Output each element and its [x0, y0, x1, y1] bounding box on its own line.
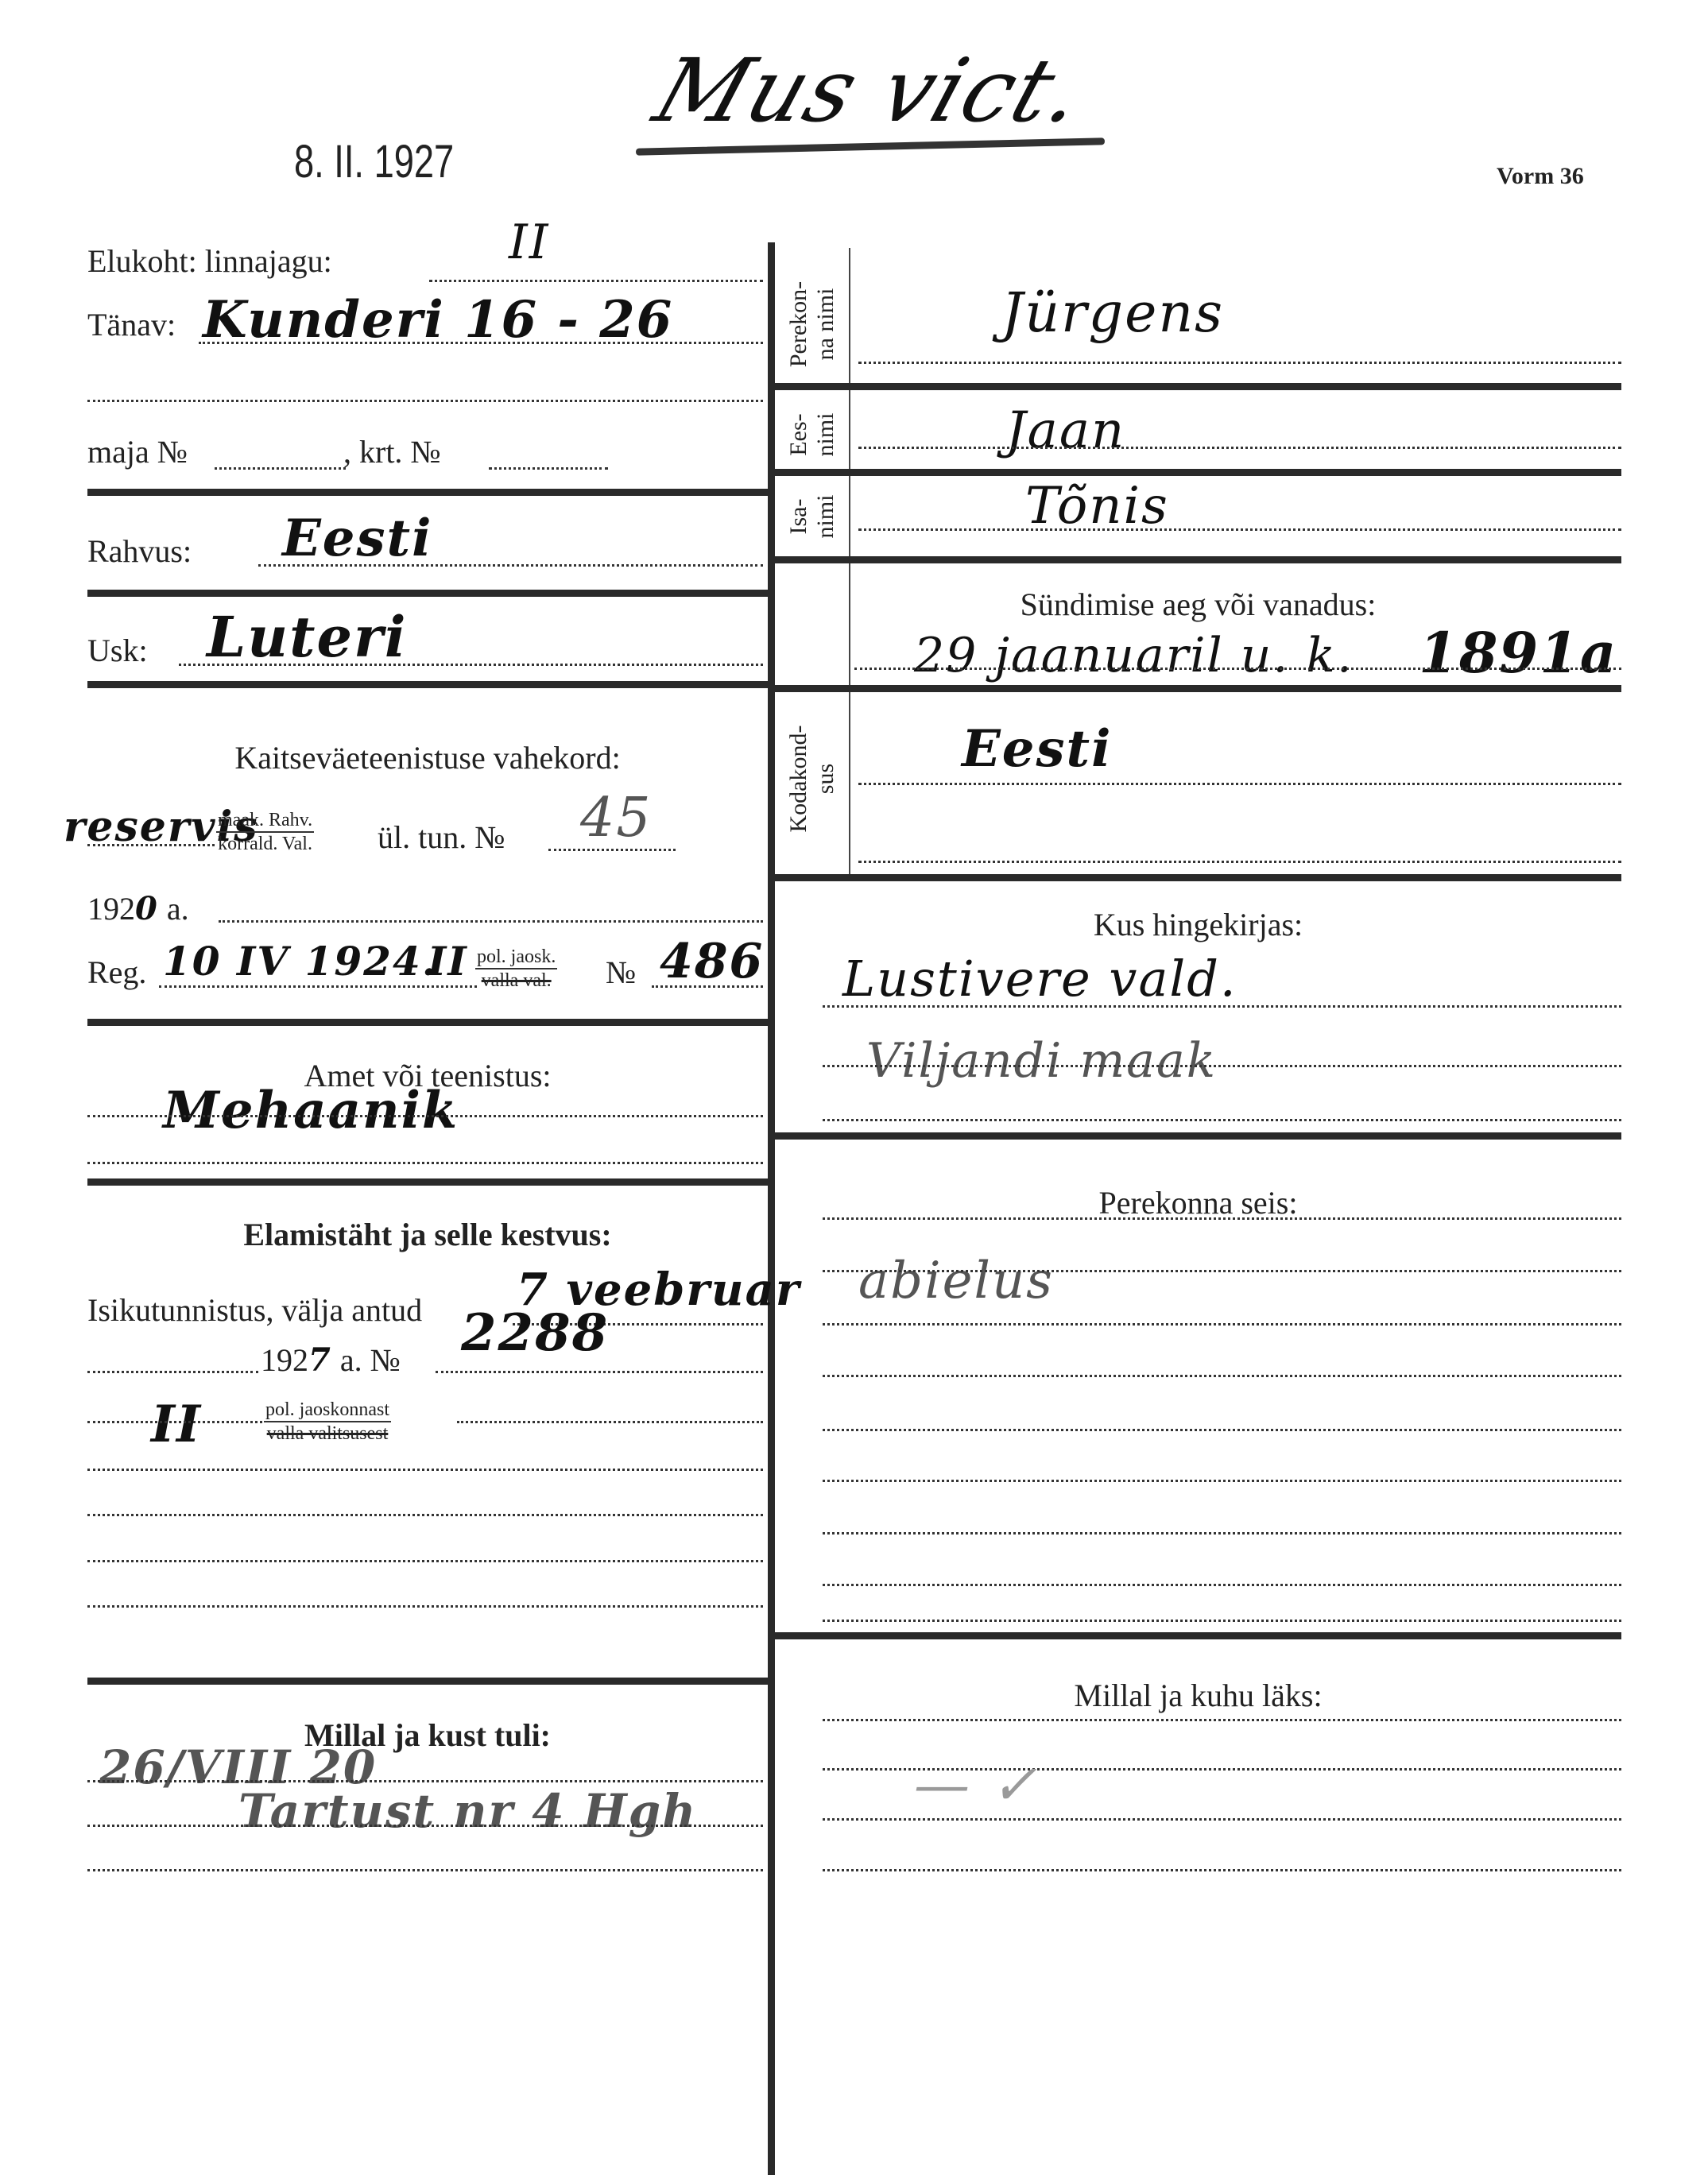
hingekiri-line1-value[interactable]: Lustivere vald. — [842, 950, 1237, 1008]
elukoht-value[interactable]: II — [509, 215, 549, 270]
maja-line — [215, 467, 346, 470]
kodakondsus-label: Kodakond- sus — [785, 699, 839, 858]
perekonnaseis-line-2 — [823, 1270, 1621, 1272]
perekonnaseis-line-8 — [823, 1584, 1621, 1586]
isanimi-value[interactable]: Tõnis — [1025, 477, 1169, 536]
date-stamp: 8. II. 1927 — [294, 135, 454, 188]
usk-label: Usk: — [87, 632, 148, 669]
usk-value[interactable]: Luteri — [207, 604, 407, 670]
eesnimi-line — [858, 447, 1621, 449]
hingekiri-line-3 — [823, 1119, 1621, 1121]
divider-kodakondsus-top — [775, 685, 1621, 692]
label-line-2: nimi — [812, 477, 839, 556]
hingekiri-line-1 — [823, 1005, 1621, 1008]
perekonnaseis-value[interactable]: abielus — [858, 1252, 1054, 1310]
divider-eesnimi-top — [775, 383, 1621, 390]
kaitsevae-status-line — [87, 844, 215, 846]
perekonnanimi-value[interactable]: Jürgens — [1001, 282, 1224, 345]
elukoht-line — [429, 280, 763, 282]
label-line-1: Ees- — [785, 393, 812, 477]
isanimi-label-box: Isa- nimi — [779, 477, 854, 560]
pol-jaosk-fraction: pol. jaosk. valla val. — [475, 946, 557, 992]
laks-title: Millal ja kuhu läks: — [775, 1677, 1621, 1714]
hingekiri-line-2 — [823, 1065, 1621, 1067]
year-line — [219, 920, 763, 923]
handwritten-title: Mus vict. — [643, 40, 1098, 141]
divider-hingekiri-top — [775, 874, 1621, 881]
amet-value[interactable]: Mehaanik — [163, 1081, 459, 1140]
rahvus-value[interactable]: Eesti — [282, 509, 432, 568]
divider-laks-top — [775, 1632, 1621, 1639]
tuli-line-3 — [87, 1869, 763, 1871]
divider-sundimine-top — [775, 556, 1621, 563]
label-line-2: sus — [812, 699, 839, 858]
perekonnaseis-line-6 — [823, 1480, 1621, 1482]
isanimi-line — [858, 528, 1621, 531]
fraction-bottom-struck: valla valitsusest — [264, 1422, 391, 1445]
krt-label: , krt. № — [343, 433, 441, 470]
year-digit[interactable]: 0 — [135, 890, 159, 927]
kodakondsus-line-2 — [858, 861, 1621, 863]
isikutunnistus-label: Isikutunnistus, välja antud — [87, 1291, 422, 1329]
divider-elamistaht-top — [87, 1178, 768, 1186]
elamistaht-line-3 — [87, 1469, 763, 1471]
elamistaht-number-value[interactable]: 2288 — [461, 1303, 609, 1363]
elamistaht-line-5 — [87, 1560, 763, 1562]
tuli-line-1 — [87, 1780, 763, 1782]
perekonnaseis-line-4 — [823, 1375, 1621, 1377]
eesnimi-label-box: Ees- nimi — [779, 391, 854, 478]
perekonnaseis-title: Perekonna seis: — [775, 1184, 1621, 1221]
year-prefix: 192 — [261, 1342, 308, 1378]
sundimine-title: Sündimise aeg või vanadus: — [775, 586, 1621, 623]
laks-pencil-mark: — ✓ — [914, 1752, 1039, 1817]
perekonnanimi-line — [858, 362, 1621, 364]
elamistaht-district-value[interactable]: II — [151, 1395, 202, 1454]
divider-isanimi-top — [775, 469, 1621, 476]
isanimi-label: Isa- nimi — [785, 477, 839, 556]
center-divider — [768, 242, 775, 2175]
rahvus-label: Rahvus: — [87, 532, 192, 570]
address-extra-line — [87, 400, 763, 402]
fraction-top: maak. Rahv. — [216, 809, 314, 833]
kodakondsus-line-1 — [858, 783, 1621, 785]
kodakondsus-value[interactable]: Eesti — [962, 719, 1112, 779]
form-number: Vorm 36 — [1497, 163, 1584, 190]
pol-jaoskonnast-fraction: pol. jaoskonnast valla valitsusest — [264, 1399, 391, 1445]
eesnimi-label: Ees- nimi — [785, 393, 839, 477]
perekonnaseis-line-5 — [823, 1429, 1621, 1431]
perekonnaseis-line-9 — [823, 1620, 1621, 1622]
reg-value[interactable]: 10 IV 1924. — [163, 938, 437, 985]
divider-rahvus-top — [87, 489, 768, 496]
hingekiri-line2-value[interactable]: Viljandi maak — [866, 1033, 1217, 1089]
elamistaht-number-line — [436, 1371, 763, 1373]
fraction-top: pol. jaoskonnast — [264, 1399, 391, 1422]
label-line-1: Perekon- — [785, 254, 812, 394]
perekonnaseis-line-1 — [823, 1217, 1621, 1220]
laks-line-4 — [823, 1869, 1621, 1871]
elamistaht-line-4 — [87, 1514, 763, 1516]
laks-line-3 — [823, 1818, 1621, 1821]
divider-kaitsevae-top — [87, 681, 768, 688]
label-line-2: na nimi — [812, 254, 839, 394]
reg-no-label: № — [606, 954, 636, 991]
elamistaht-line-6 — [87, 1605, 763, 1608]
fraction-top: pol. jaosk. — [475, 946, 557, 969]
elamistaht-year-line-left — [87, 1371, 258, 1373]
divider-usk-top — [87, 590, 768, 597]
maak-korrald-fraction: maak. Rahv. korrald. Val. — [216, 809, 314, 855]
sundimine-line — [854, 668, 1621, 670]
ul-tun-value[interactable]: 45 — [580, 787, 653, 849]
reg-label: Reg. — [87, 954, 146, 991]
label-line-2: nimi — [812, 393, 839, 477]
divider-amet-top — [87, 1019, 768, 1026]
reg-district[interactable]: II — [428, 938, 468, 985]
label-line-1: Isa- — [785, 477, 812, 556]
krt-line — [489, 467, 608, 470]
amet-line-1 — [87, 1115, 763, 1117]
reg-line — [159, 985, 477, 988]
fraction-bottom: korrald. Val. — [216, 833, 314, 855]
tanav-value[interactable]: Kunderi 16 - 26 — [203, 290, 673, 350]
ul-tun-label: ül. tun. № — [378, 819, 505, 856]
label-line-1: Kodakond- — [785, 699, 812, 858]
tuli-line2-value[interactable]: Tartust nr 4 Hgh — [238, 1784, 697, 1838]
perekonnanimi-label: Perekon- na nimi — [785, 254, 839, 394]
maja-label: maja № — [87, 433, 188, 470]
kaitsevae-title: Kaitseväeteenistuse vahekord: — [87, 739, 768, 776]
elamistaht-district-line-left — [87, 1421, 262, 1423]
hingekiri-title: Kus hingekirjas: — [775, 906, 1621, 943]
year-prefix: 192 — [87, 891, 135, 927]
eesnimi-value[interactable]: Jaan — [1005, 401, 1125, 460]
tuli-line-2 — [87, 1825, 763, 1827]
amet-line-2 — [87, 1162, 763, 1164]
year-suffix: a. — [167, 891, 189, 927]
year-1920-label: 1920 a. — [87, 890, 189, 927]
perekonnaseis-line-3 — [823, 1323, 1621, 1326]
perekonnaseis-line-7 — [823, 1532, 1621, 1534]
divider-perekonnaseis-top — [775, 1132, 1621, 1140]
year-digit[interactable]: 7 — [308, 1341, 332, 1379]
elukoht-label: Elukoht: linnajagu: — [87, 242, 332, 280]
year-suffix: a. № — [340, 1342, 401, 1378]
sundimine-year-value[interactable]: 1891a — [1419, 620, 1617, 686]
kodakondsus-label-box: Kodakond- sus — [779, 699, 854, 858]
elamistaht-title: Elamistäht ja selle kestvus: — [87, 1216, 768, 1253]
fraction-bottom-struck: valla val. — [475, 969, 557, 992]
tanav-label: Tänav: — [87, 306, 176, 343]
divider-tuli-top — [87, 1678, 768, 1685]
sundimine-date-value[interactable]: 29 jaanuaril u. k. — [914, 628, 1354, 683]
reg-no-value[interactable]: 486 — [660, 934, 764, 989]
perekonnanimi-label-box: Perekon- na nimi — [779, 253, 854, 396]
laks-line-1 — [823, 1719, 1621, 1721]
elamistaht-district-line-right — [457, 1421, 763, 1423]
elamistaht-year-label: 1927 a. № — [261, 1341, 401, 1379]
